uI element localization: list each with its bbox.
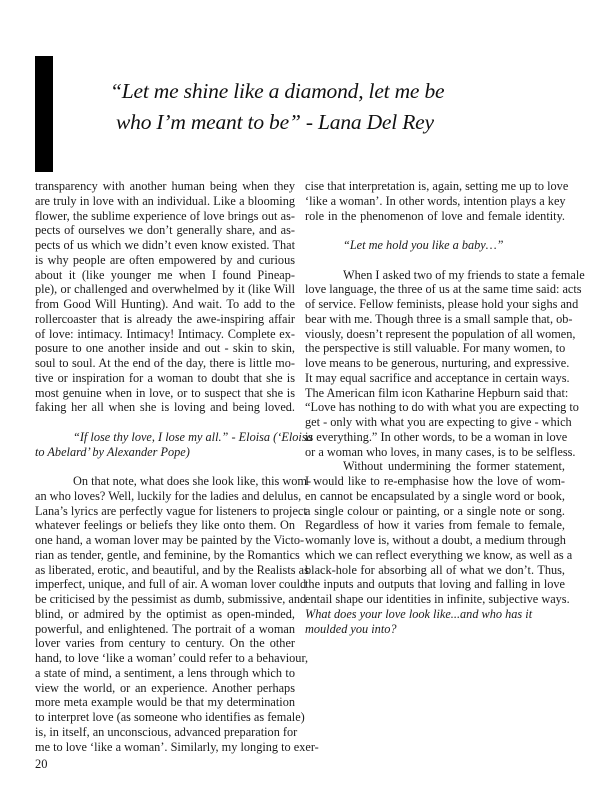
text-line: is, in itself, an unconscious, advanced … (35, 725, 295, 740)
text-line: are truly in love with an individual. Li… (35, 194, 295, 209)
text-line: viously, doesn’t represent the populatio… (305, 327, 565, 342)
text-line: an who loves? Well, luckily for the ladi… (35, 489, 295, 504)
text-line: to interpret love (as someone who identi… (35, 710, 295, 725)
left-column: transparency with another human being wh… (35, 179, 295, 754)
pull-quote: “Let me shine like a diamond, let me be … (110, 76, 510, 138)
text-line: rian as tender, gentle, and feminine, by… (35, 548, 295, 563)
text-line: entail shape our identities in infinite,… (305, 592, 565, 607)
text-line: black-hole for absorbing all of what we … (305, 563, 565, 578)
text-line: the inputs and outputs that loving and f… (305, 577, 565, 592)
text-line: pects of ourselves we don’t generally sh… (35, 223, 295, 238)
text-line: The American film icon Katharine Hepburn… (305, 386, 565, 401)
text-line: of love: intimacy. Intimacy! Intimacy. C… (35, 327, 295, 342)
text-line: It may equal sacrifice and acceptance in… (305, 371, 565, 386)
text-line: powerful, and enlightened. The portrait … (35, 622, 295, 637)
text-line: blind, or admired by the optimist as ope… (35, 607, 295, 622)
text-line: When I asked two of my friends to state … (305, 268, 565, 283)
pull-quote-line: who I’m meant to be” - Lana Del Rey (110, 107, 510, 138)
text-line: tive or inspiration for a woman to doubt… (35, 371, 295, 386)
text-line: transparency with another human being wh… (35, 179, 295, 194)
text-line: is why people are often empowered by and… (35, 253, 295, 268)
text-line: On that note, what does she look like, t… (35, 474, 295, 489)
text-line: I would like to re-emphasise how the lov… (305, 474, 565, 489)
text-line: a single colour or painting, or a single… (305, 504, 565, 519)
text-line: whatever feelings or beliefs they like o… (35, 518, 295, 533)
epigraph-quote-line: “Let me hold you like a baby…” (305, 238, 565, 253)
text-line: cise that interpretation is, again, sett… (305, 179, 565, 194)
closing-question-line: What does your love look like...and who … (305, 607, 565, 622)
text-line: is everything.” In other words, to be a … (305, 430, 565, 445)
text-line: the perspective is still valuable. For m… (305, 341, 565, 356)
text-line: womanly love is, without a doubt, a medi… (305, 533, 565, 548)
epigraph-quote-line: “If lose thy love, I lose my all.” - Elo… (35, 430, 295, 445)
epigraph-quote-line: to Abelard’ by Alexander Pope) (35, 445, 295, 460)
text-line: lover varies from century to century. On… (35, 636, 295, 651)
text-line: pects of us which we didn’t even know ex… (35, 238, 295, 253)
decorative-black-bar (35, 56, 53, 172)
text-line: en cannot be encapsulated by a single wo… (305, 489, 565, 504)
text-line: most genuine when in love, or to suspect… (35, 386, 295, 401)
page-number: 20 (35, 757, 48, 772)
text-line: be criticised by the pessimist as dumb, … (35, 592, 295, 607)
text-line: hand, to love ‘like a woman’ could refer… (35, 651, 295, 666)
text-line: which we can reflect everything we know,… (305, 548, 565, 563)
text-line: faking her all when she is loving and be… (35, 400, 295, 415)
pull-quote-line: “Let me shine like a diamond, let me be (110, 76, 510, 107)
text-line: “Love has nothing to do with what you ar… (305, 400, 565, 415)
closing-question-line: moulded you into? (305, 622, 565, 637)
text-line: rollercoaster that is already the awe-in… (35, 312, 295, 327)
text-line: about it (like younger me when I found P… (35, 268, 295, 283)
text-line: ple), or challenged and overwhelmed by i… (35, 282, 295, 297)
text-line: ‘like a woman’. In other words, intentio… (305, 194, 565, 209)
text-line: get - only with what you are expecting t… (305, 415, 565, 430)
text-line: view the world, or an experience. Anothe… (35, 681, 295, 696)
text-line: Regardless of how it varies from female … (305, 518, 565, 533)
text-line: love language, the three of us at the sa… (305, 282, 565, 297)
text-line: role in the phenomenon of love and femal… (305, 209, 565, 224)
text-line: more meta example would be that my deter… (35, 695, 295, 710)
text-line: a state of mind, a sentiment, a lens thr… (35, 666, 295, 681)
text-line: from Good Will Hunting). And wait. To ad… (35, 297, 295, 312)
text-line: posure to one another inside and out - s… (35, 341, 295, 356)
text-line: Lana’s lyrics are perfectly vague for li… (35, 504, 295, 519)
text-line: me to love ‘like a woman’. Similarly, my… (35, 740, 295, 755)
text-line: Without undermining the former statement… (305, 459, 565, 474)
text-line: of service. Fellow feminists, please hol… (305, 297, 565, 312)
text-line: imperfect, unique, and full of air. A wo… (35, 577, 295, 592)
text-line: bear with me. Though three is a small sa… (305, 312, 565, 327)
text-line: one hand, a woman lover may be painted b… (35, 533, 295, 548)
text-line: as liberated, erotic, and beautiful, and… (35, 563, 295, 578)
right-column: cise that interpretation is, again, sett… (305, 179, 565, 636)
text-line: soul to soul. At the end of the day, the… (35, 356, 295, 371)
text-line: flower, the sublime experience of love b… (35, 209, 295, 224)
text-line: love means to be generous, nurturing, an… (305, 356, 565, 371)
text-line: or a woman who loves, in many cases, is … (305, 445, 565, 460)
